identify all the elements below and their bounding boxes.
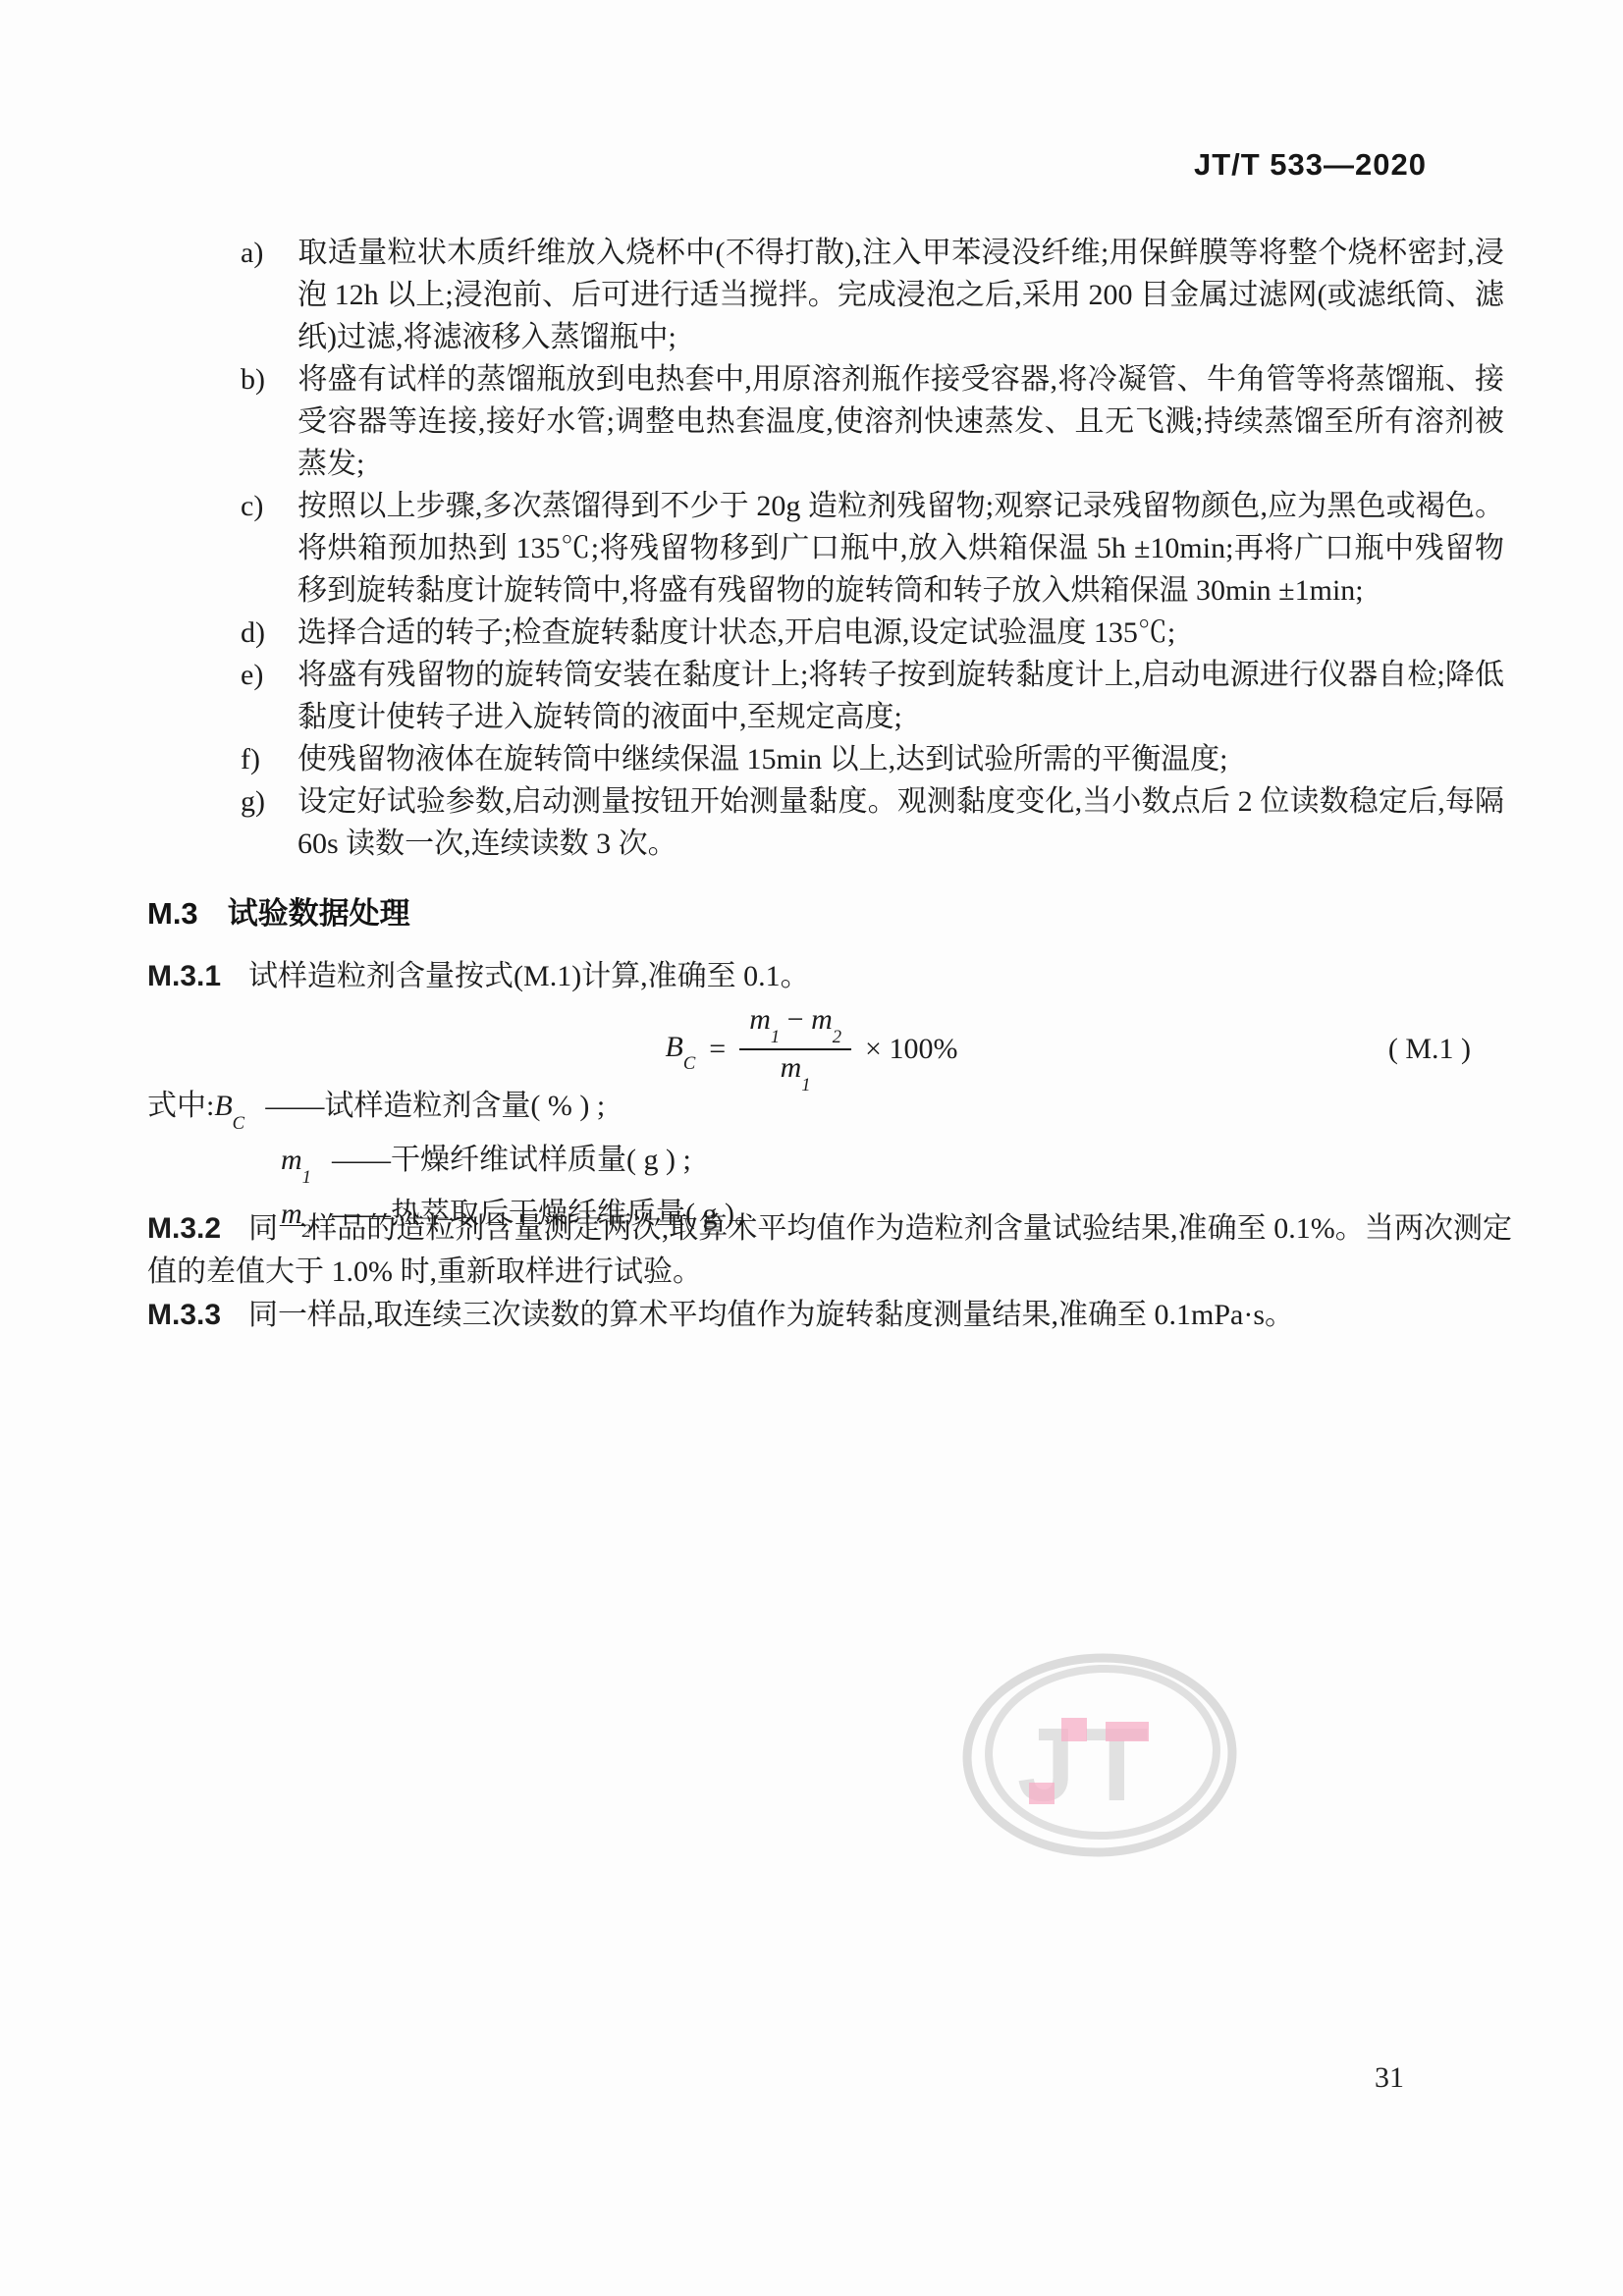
list-item: b)将盛有试样的蒸馏瓶放到电热套中,用原溶剂瓶作接受容器,将冷凝管、牛角管等将蒸… [241, 358, 1504, 485]
symbol: m1 [281, 1139, 332, 1193]
jt-stamp-watermark: JT [960, 1653, 1247, 1869]
list-item: f)使残留物液体在旋转筒中继续保温 15min 以上,达到试验所需的平衡温度; [241, 738, 1504, 780]
clause-text: 同一样品,取连续三次读数的算术平均值作为旋转黏度测量结果,准确至 0.1mPa·… [248, 1299, 1294, 1331]
item-text: 设定好试验参数,启动测量按钮开始测量黏度。观测黏度变化,当小数点后 2 位读数稳… [298, 785, 1504, 860]
standard-number: JT/T 533—2020 [1194, 147, 1427, 183]
item-text: 选择合适的转子;检查旋转黏度计状态,开启电源,设定试验温度 135℃; [298, 616, 1175, 649]
clause-m31: M.3.1试样造粒剂含量按式(M.1)计算,准确至 0.1。 [147, 955, 1512, 998]
clause-text: 试样造粒剂含量按式(M.1)计算,准确至 0.1。 [248, 960, 810, 992]
symbol: BC [214, 1085, 265, 1139]
clause-m33: M.3.3同一样品,取连续三次读数的算术平均值作为旋转黏度测量结果,准确至 0.… [147, 1294, 1512, 1337]
list-item: d)选择合适的转子;检查旋转黏度计状态,开启电源,设定试验温度 135℃; [241, 612, 1504, 654]
item-text: 按照以上步骤,多次蒸馏得到不少于 20g 造粒剂残留物;观察记录残留物颜色,应为… [298, 490, 1504, 607]
clause-number: M.3.2 [147, 1212, 221, 1245]
clause-number: M.3.1 [147, 960, 221, 992]
item-label: a) [241, 232, 298, 274]
dash: —— [332, 1144, 391, 1176]
list-item: e)将盛有残留物的旋转筒安装在黏度计上;将转子按到旋转黏度计上,启动电源进行仪器… [241, 654, 1504, 738]
list-item: c)按照以上步骤,多次蒸馏得到不少于 20g 造粒剂残留物;观察记录残留物颜色,… [241, 485, 1504, 612]
item-text: 将盛有试样的蒸馏瓶放到电热套中,用原溶剂瓶作接受容器,将冷凝管、牛角管等将蒸馏瓶… [298, 363, 1504, 480]
item-label: e) [241, 654, 298, 696]
procedure-list: a)取适量粒状木质纤维放入烧杯中(不得打散),注入甲苯浸没纤维;用保鲜膜等将整个… [241, 232, 1504, 865]
document-page: JT/T 533—2020 a)取适量粒状木质纤维放入烧杯中(不得打散),注入甲… [0, 0, 1623, 2296]
definition-line: 式中:BC——试样造粒剂含量( % ) ; [147, 1085, 764, 1139]
clause-number: M.3.3 [147, 1299, 221, 1331]
item-text: 使残留物液体在旋转筒中继续保温 15min 以上,达到试验所需的平衡温度; [298, 743, 1228, 775]
definition-text: 试样造粒剂含量( % ) ; [324, 1090, 605, 1122]
section-heading: M.3试验数据处理 [147, 888, 410, 933]
formula-lhs: BC [666, 1031, 696, 1069]
jt-watermark-icon: JT [960, 1653, 1247, 1864]
definition-text: 干燥纤维试样质量( g ) ; [391, 1144, 691, 1176]
fraction-numerator: m1 − m2 [739, 1003, 851, 1050]
equation-label: ( M.1 ) [1388, 1033, 1471, 1066]
definitions-prefix: 式中: [147, 1090, 214, 1122]
fraction: m1 − m2 m1 [739, 1003, 851, 1095]
clause-text: 同一样品的造粒剂含量测定两次,取算术平均值作为造粒剂含量试验结果,准确至 0.1… [147, 1212, 1512, 1288]
formula-m1: BC = m1 − m2 m1 × 100% [666, 1003, 958, 1095]
page-number: 31 [1375, 2061, 1404, 2095]
item-label: b) [241, 358, 298, 400]
clause-m32: M.3.2同一样品的造粒剂含量测定两次,取算术平均值作为造粒剂含量试验结果,准确… [147, 1207, 1512, 1294]
item-label: c) [241, 485, 298, 527]
item-label: f) [241, 738, 298, 780]
item-text: 将盛有残留物的旋转筒安装在黏度计上;将转子按到旋转黏度计上,启动电源进行仪器自检… [298, 659, 1504, 733]
section-title: 试验数据处理 [228, 896, 410, 931]
item-label: g) [241, 780, 298, 823]
list-item: a)取适量粒状木质纤维放入烧杯中(不得打散),注入甲苯浸没纤维;用保鲜膜等将整个… [241, 232, 1504, 358]
equals-sign: = [709, 1033, 726, 1066]
list-item: g)设定好试验参数,启动测量按钮开始测量黏度。观测黏度变化,当小数点后 2 位读… [241, 780, 1504, 865]
item-label: d) [241, 612, 298, 654]
fraction-denominator: m1 [781, 1050, 811, 1095]
section-number: M.3 [147, 896, 198, 931]
svg-text:JT: JT [1017, 1707, 1159, 1823]
definition-line: m1——干燥纤维试样质量( g ) ; [281, 1139, 764, 1193]
times-100: × 100% [865, 1033, 957, 1066]
item-text: 取适量粒状木质纤维放入烧杯中(不得打散),注入甲苯浸没纤维;用保鲜膜等将整个烧杯… [298, 237, 1504, 353]
formula-block: BC = m1 − m2 m1 × 100% ( M.1 ) [0, 1003, 1623, 1094]
dash: —— [265, 1090, 324, 1122]
